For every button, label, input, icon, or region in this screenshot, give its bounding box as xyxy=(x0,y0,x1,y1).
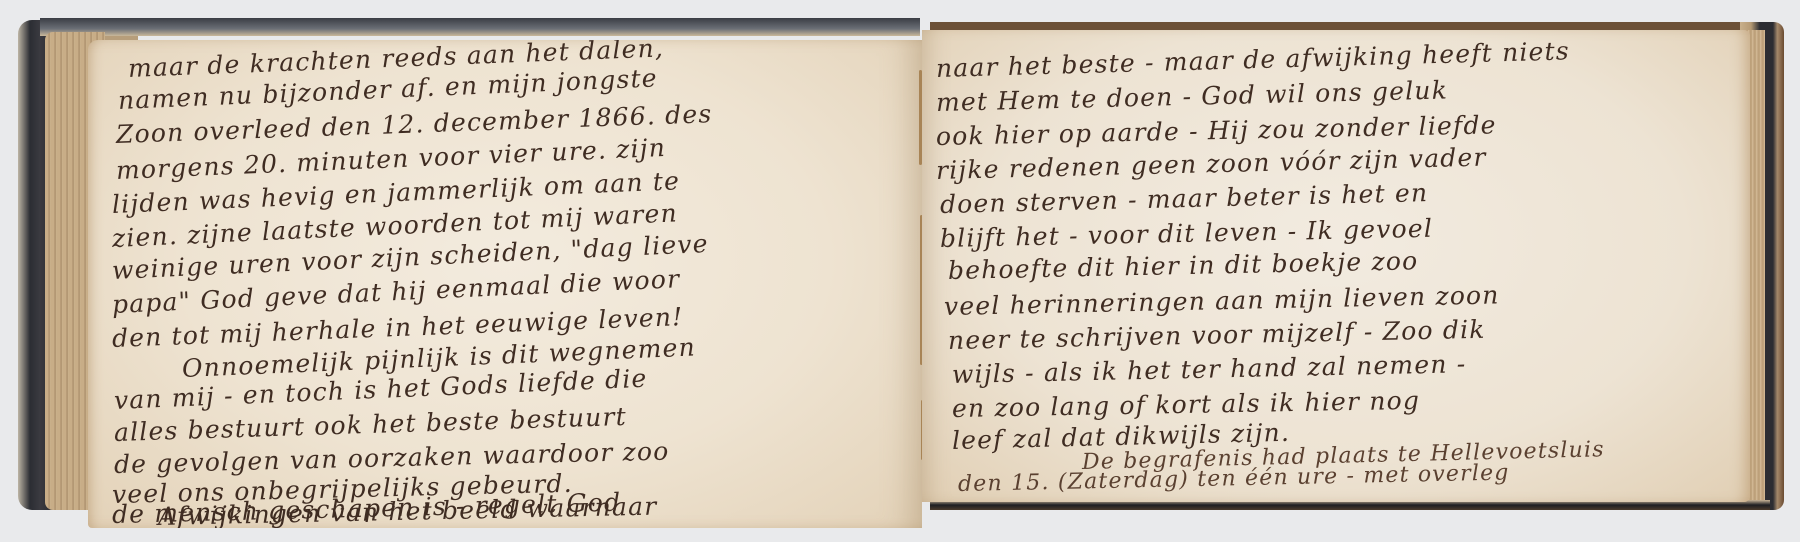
handwritten-line: neer te schrijven voor mijzelf - Zoo dik xyxy=(948,315,1486,355)
handwritten-line: en zoo lang of kort als ik hier nog xyxy=(952,386,1421,423)
handwritten-line: met Hem te doen - God wil ons geluk xyxy=(936,75,1449,117)
handwritten-line: naar het beste - maar de afwijking heeft… xyxy=(936,36,1571,83)
handwritten-line: den 15. (Zaterdag) ten één ure - met ove… xyxy=(958,460,1510,497)
book-cover-top-edge xyxy=(40,18,920,36)
handwritten-line: wijls - als ik het ter hand zal nemen - xyxy=(952,349,1467,389)
handwritten-line: behoefte dit hier in dit boekje zoo xyxy=(948,246,1419,285)
right-page: naar het beste - maar de afwijking heeft… xyxy=(922,30,1750,502)
handwritten-line: veel herinneringen aan mijn lieven zoon xyxy=(944,280,1500,321)
left-page: maar de krachten reeds aan het dalen, na… xyxy=(88,40,922,528)
handwritten-line: doen sterven - maar beter is het en xyxy=(940,178,1429,219)
